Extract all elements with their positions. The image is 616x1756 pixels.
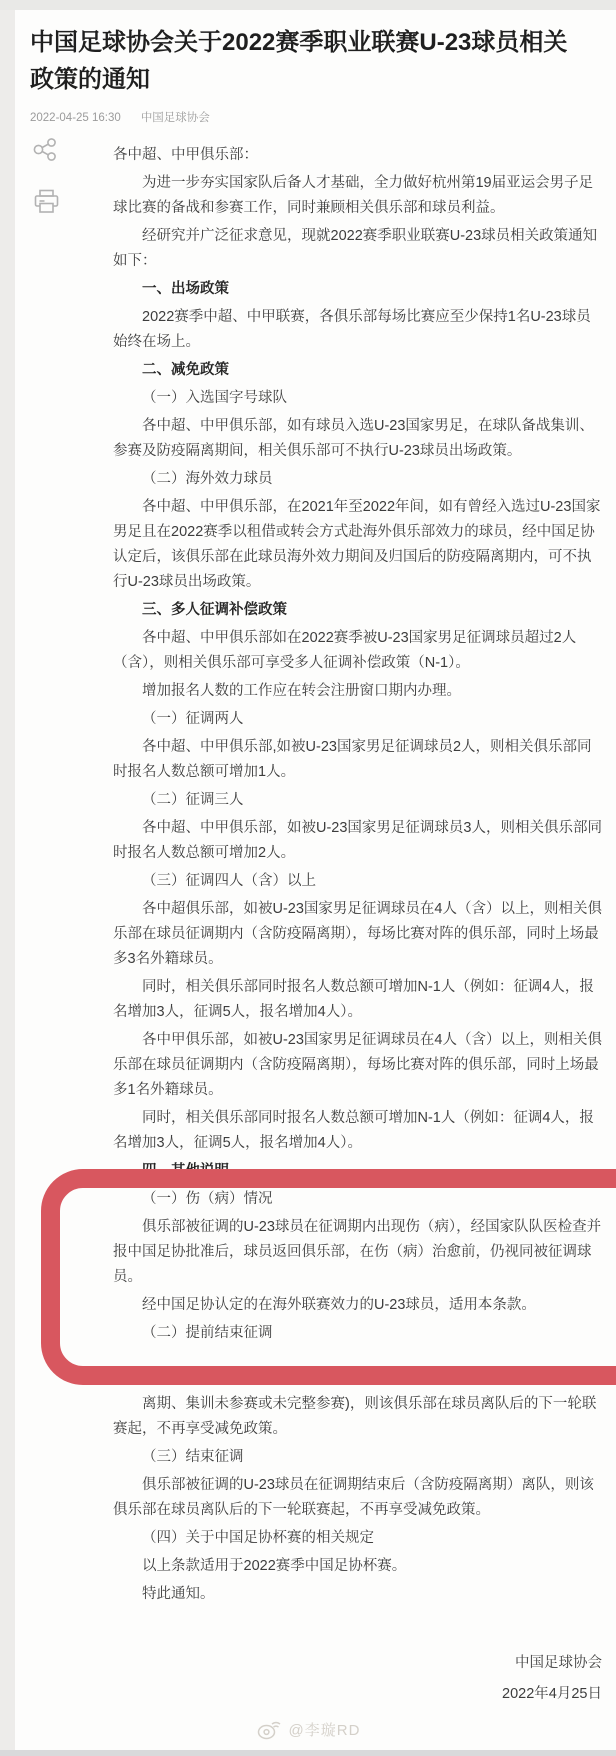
page-title: 中国足球协会关于2022赛季职业联赛U-23球员相关政策的通知: [30, 24, 588, 98]
paragraph: 离期、集训未参赛或未完整参赛)，则该俱乐部在球员离队后的下一轮联赛起，不再享受减…: [113, 1392, 602, 1442]
subsection-heading: （一）伤（病）情况: [113, 1187, 602, 1212]
paragraph: 2022赛季中超、中甲联赛，各俱乐部每场比赛应至少保持1名U-23球员始终在场上…: [113, 305, 602, 355]
article-page: 中国足球协会关于2022赛季职业联赛U-23球员相关政策的通知 2022-04-…: [0, 0, 616, 1756]
publish-datetime: 2022-04-25 16:30: [30, 112, 121, 124]
page-top-edge: [0, 0, 616, 10]
covered-text-area: [113, 1349, 602, 1389]
weibo-logo-icon: [256, 1718, 282, 1740]
salutation: 各中超、中甲俱乐部：: [113, 143, 602, 168]
subsection-heading: （二）海外效力球员: [113, 467, 602, 492]
subsection-heading: （二）提前结束征调: [113, 1321, 602, 1346]
paragraph: 各中超俱乐部，如被U-23国家男足征调球员在4人（含）以上，则相关俱乐部在球员征…: [113, 897, 602, 972]
watermark-text: @李璇RD: [289, 1719, 361, 1740]
paragraph: 特此通知。: [113, 1582, 602, 1607]
article-meta: 2022-04-25 16:30中国足球协会: [30, 109, 588, 125]
source-name: 中国足球协会: [141, 112, 210, 124]
share-icon[interactable]: [32, 136, 64, 163]
paragraph: 俱乐部被征调的U-23球员在征调期内出现伤（病），经国家队队医检查并报中国足协批…: [113, 1215, 602, 1290]
paragraph: 各中超、中甲俱乐部，在2021年至2022年间，如有曾经入选过U-23国家男足且…: [113, 495, 602, 595]
paragraph: 增加报名人数的工作应在转会注册窗口期内办理。: [113, 679, 602, 704]
paragraph: 俱乐部被征调的U-23球员在征调期结束后（含防疫隔离期）离队，则该俱乐部在球员离…: [113, 1473, 602, 1523]
page-left-edge: [0, 10, 15, 1756]
subsection-heading: （三）结束征调: [113, 1445, 602, 1470]
paragraph: 各中超、中甲俱乐部，如有球员入选U-23国家男足，在球队备战集训、参赛及防疫隔离…: [113, 414, 602, 464]
subsection-heading: （一）入选国字号球队: [113, 386, 602, 411]
paragraph: 以上条款适用于2022赛季中国足协杯赛。: [113, 1554, 602, 1579]
paragraph: 同时，相关俱乐部同时报名人数总额可增加N-1人（例如：征调4人，报名增加3人，征…: [113, 975, 602, 1025]
weibo-watermark: @李璇RD: [0, 1718, 616, 1740]
signature-block: 中国足球协会 2022年4月25日: [113, 1651, 602, 1707]
paragraph: 为进一步夯实国家队后备人才基础，全力做好杭州第19届亚运会男子足球比赛的备战和参…: [113, 171, 602, 221]
signature-date: 2022年4月25日: [113, 1682, 602, 1707]
paragraph: 各中超、中甲俱乐部如在2022赛季被U-23国家男足征调球员超过2人（含），则相…: [113, 626, 602, 676]
subsection-heading: （三）征调四人（含）以上: [113, 869, 602, 894]
print-icon[interactable]: [32, 187, 64, 216]
subsection-heading: （四）关于中国足协杯赛的相关规定: [113, 1526, 602, 1551]
section-heading: 二、减免政策: [113, 358, 602, 383]
paragraph: 各中超、中甲俱乐部，如被U-23国家男足征调球员3人，则相关俱乐部同时报名人数总…: [113, 816, 602, 866]
paragraph: 各中甲俱乐部，如被U-23国家男足征调球员在4人（含）以上，则相关俱乐部在球员征…: [113, 1028, 602, 1103]
article-body: 各中超、中甲俱乐部： 为进一步夯实国家队后备人才基础，全力做好杭州第19届亚运会…: [113, 143, 602, 1707]
action-icon-rail: [32, 136, 64, 216]
section-heading: 四、其他说明: [113, 1159, 602, 1184]
highlighted-section: 四、其他说明 （一）伤（病）情况 俱乐部被征调的U-23球员在征调期内出现伤（病…: [113, 1159, 602, 1389]
section-heading: 一、出场政策: [113, 277, 602, 302]
article-header: 中国足球协会关于2022赛季职业联赛U-23球员相关政策的通知 2022-04-…: [0, 0, 616, 125]
subsection-heading: （二）征调三人: [113, 788, 602, 813]
subsection-heading: （一）征调两人: [113, 707, 602, 732]
signature-org: 中国足球协会: [113, 1651, 602, 1676]
paragraph: 经中国足协认定的在海外联赛效力的U-23球员，适用本条款。: [113, 1293, 602, 1318]
paragraph: 同时，相关俱乐部同时报名人数总额可增加N-1人（例如：征调4人，报名增加3人，征…: [113, 1106, 602, 1156]
paragraph: 经研究并广泛征求意见，现就2022赛季职业联赛U-23球员相关政策通知如下：: [113, 224, 602, 274]
page-bottom-edge: [0, 1750, 616, 1756]
section-heading: 三、多人征调补偿政策: [113, 598, 602, 623]
paragraph: 各中超、中甲俱乐部,如被U-23国家男足征调球员2人，则相关俱乐部同时报名人数总…: [113, 735, 602, 785]
